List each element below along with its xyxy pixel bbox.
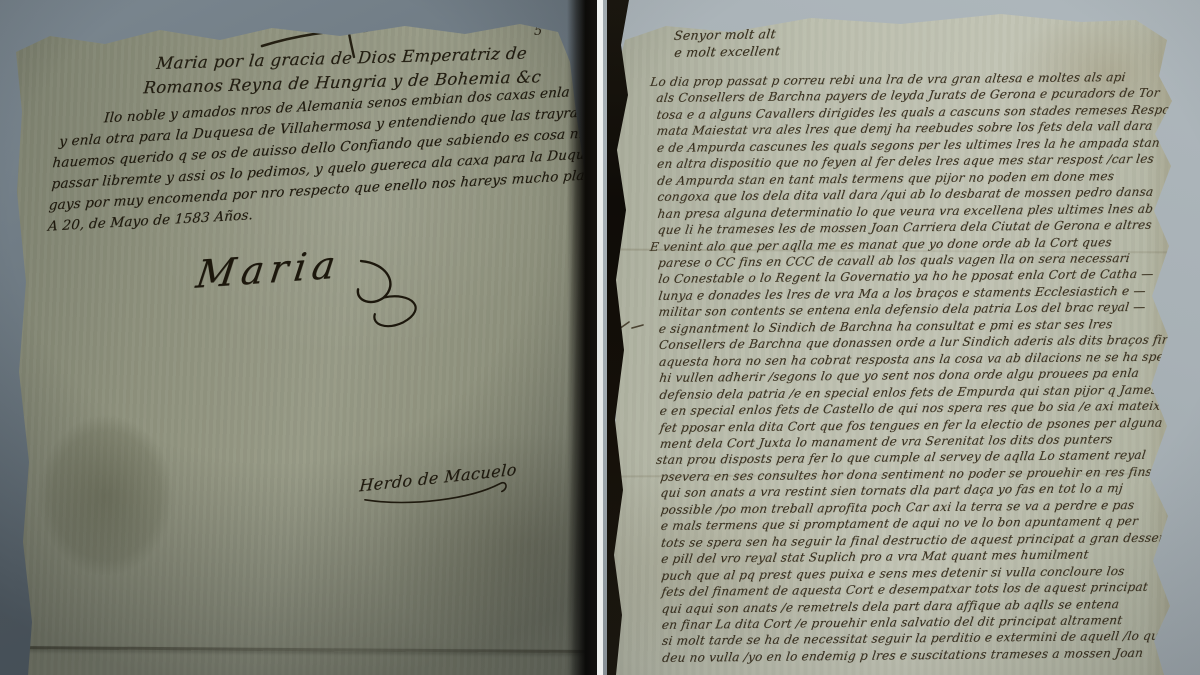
right-scan: Senyor molt alte molt excellent Lo dia p… xyxy=(603,0,1200,675)
top-edge-ink-mark-icon xyxy=(1119,4,1131,14)
signature-rubric-icon xyxy=(342,250,443,335)
fold-crease xyxy=(10,646,586,653)
folio-number: 5 xyxy=(534,24,542,39)
torn-edge-mark xyxy=(9,190,17,216)
left-manuscript-page: 5 Maria por la gracia de Dios Emperatriz… xyxy=(10,22,586,675)
right-manuscript-page: Senyor molt alte molt excellent Lo dia p… xyxy=(611,6,1189,675)
signature-text: Maria xyxy=(193,242,343,297)
salutation-line: e molt excellent xyxy=(673,42,781,61)
manuscript-scan-viewer: 5 Maria por la gracia de Dios Emperatriz… xyxy=(0,0,1200,675)
scan-divider xyxy=(597,0,603,675)
letter-body: Lo dia prop passat p correu rebi una lra… xyxy=(647,68,1200,667)
water-stain xyxy=(16,388,196,603)
salutation-line: Senyor molt alt xyxy=(673,25,781,44)
binding-gutter-shadow xyxy=(567,0,597,675)
torn-edge-mark xyxy=(11,220,17,260)
salutation: Senyor molt alte molt excellent xyxy=(673,25,779,61)
letter-body: Ilo noble y amados nros de Alemania seno… xyxy=(38,77,597,237)
left-scan: 5 Maria por la gracia de Dios Emperatriz… xyxy=(0,0,597,675)
secretary-signature: Herdo de Macuelo xyxy=(358,460,519,514)
queen-signature: Maria xyxy=(195,236,443,345)
torn-edge-mark xyxy=(15,560,20,590)
